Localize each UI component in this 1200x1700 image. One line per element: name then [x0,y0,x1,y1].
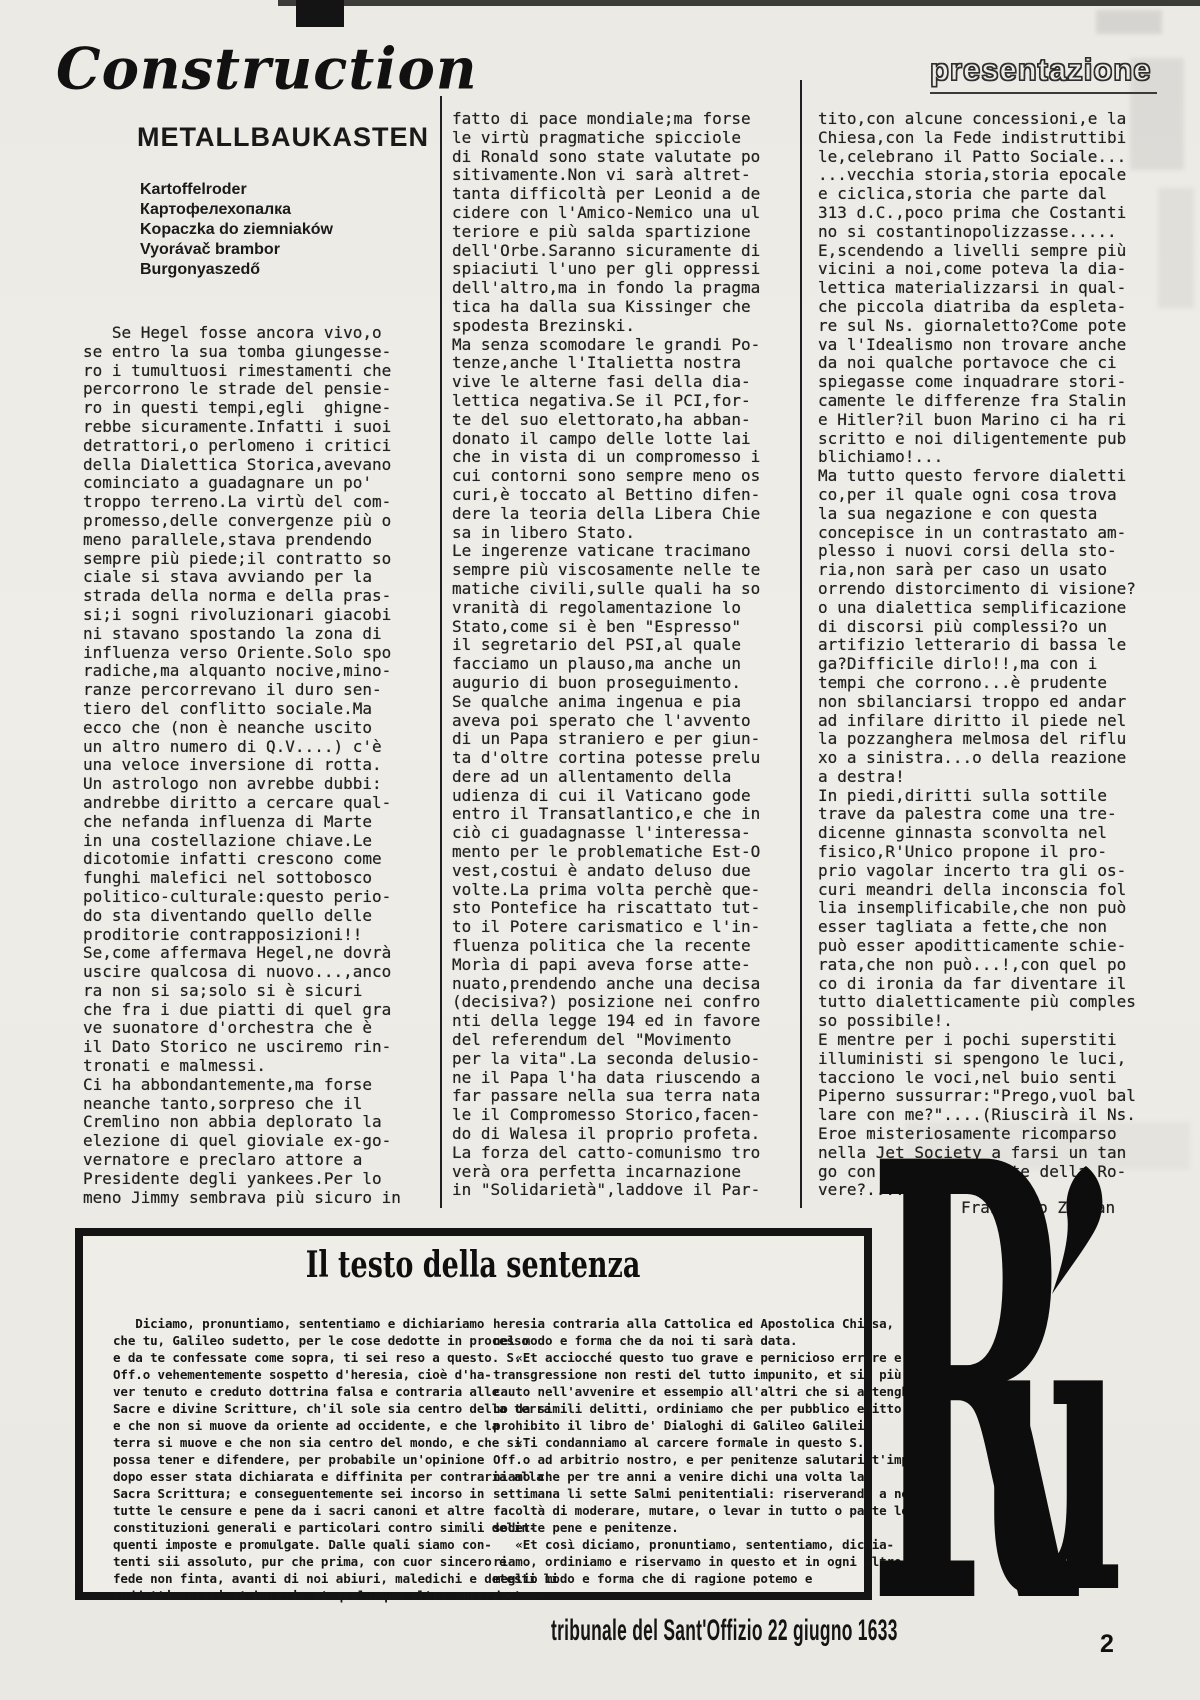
masthead-title: Construction [56,35,478,102]
logo-letter-u: u [974,1248,1125,1648]
footer-caption-wrap: tribunale del Sant'Offizio 22 giugno 163… [551,1614,1149,1648]
page-number: 2 [1100,1630,1114,1659]
scan-edge-notch [296,0,344,27]
scan-edge-strip [278,0,1200,6]
section-label-wrap: presentazione [930,52,1151,88]
sentence-box-column-1: Diciamo, pronuntiamo, sententiamo e dich… [113,1315,559,1604]
r-apostrophe-logo: R u [876,1156,1116,1621]
section-label-underline [930,92,1157,94]
magazine-page: Construction METALLBAUKASTEN Kartoffelro… [0,0,1200,1700]
translation-item: Картофелехопалка [140,200,333,220]
sentence-box-title-row: Il testo della sentenza [83,1244,864,1286]
translation-item: Kopaczka do ziemniaków [140,220,333,240]
masthead-subtitle: METALLBAUKASTEN [137,122,429,153]
translation-item: Kartoffelroder [140,180,333,200]
showthrough-mark [1158,188,1194,308]
column-divider [440,96,442,1208]
column-divider [800,80,802,1208]
article-column-1: Se Hegel fosse ancora vivo,o se entro la… [83,324,401,1207]
translation-item: Vyorávač brambor [140,240,333,260]
footer-caption: tribunale del Sant'Offizio 22 giugno 163… [551,1614,898,1648]
translation-list: Kartoffelroder Картофелехопалка Kopaczka… [140,180,333,280]
translation-item: Burgonyaszedő [140,260,333,280]
sentence-box-title: Il testo della sentenza [306,1244,641,1286]
showthrough-mark [1096,10,1162,34]
section-label: presentazione [930,52,1151,88]
sentence-box-column-2: heresia contraria alla Cattolica ed Apos… [493,1315,931,1604]
sentence-box: Il testo della sentenza Diciamo, pronunt… [75,1228,872,1600]
article-column-2: fatto di pace mondiale;ma forse le virtù… [452,110,760,1200]
